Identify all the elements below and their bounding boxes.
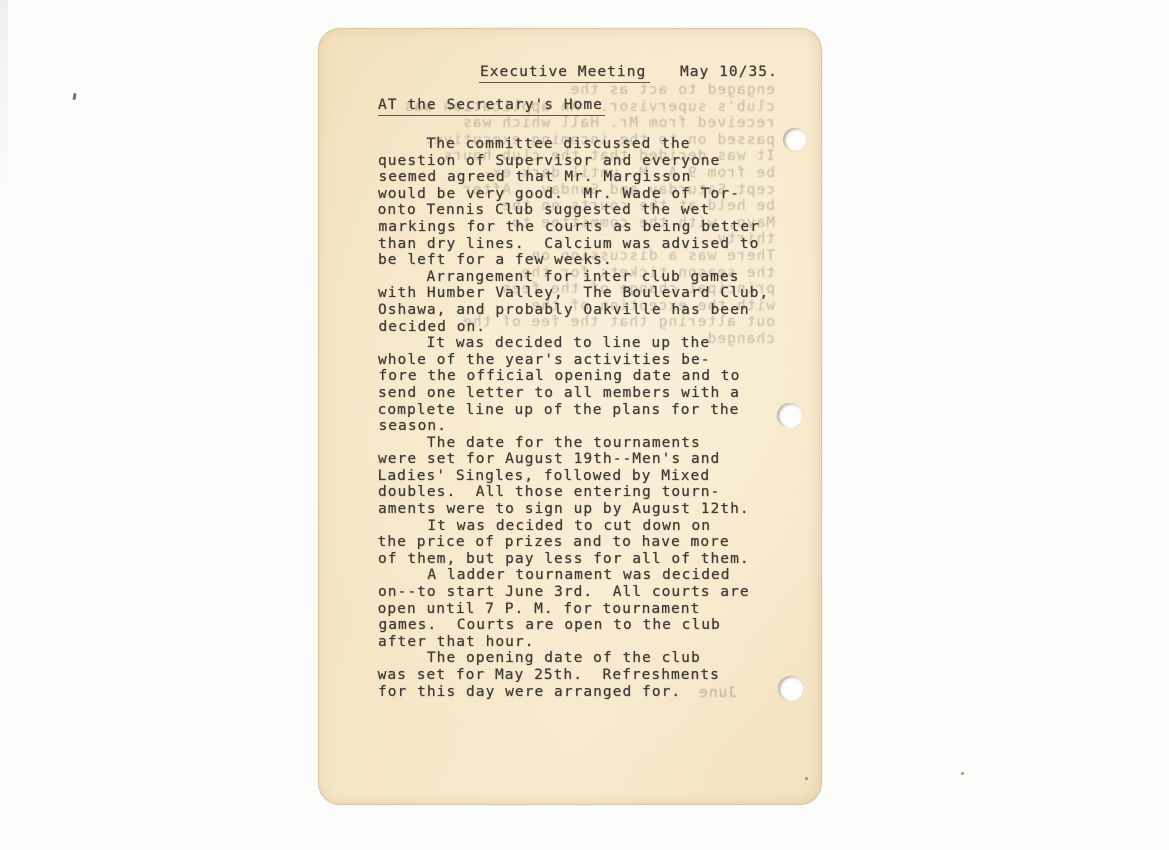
- body-line: The committee discussed the: [378, 136, 778, 153]
- body-line: whole of the year's activities be-: [378, 352, 778, 369]
- body-line: A ladder tournament was decided: [379, 567, 779, 584]
- body-line: fore the official opening date and to: [379, 368, 779, 385]
- meeting-title: Executive Meeting: [479, 64, 650, 83]
- body-line: season.: [379, 418, 779, 435]
- body-line: after that hour.: [378, 634, 778, 651]
- body-line: than dry lines. Calcium was advised to: [378, 236, 778, 253]
- body-line: was set for May 25th. Refreshments: [378, 667, 778, 684]
- paper-page: engaged to act as theclub's supervisor. …: [318, 28, 822, 805]
- body-line: seemed agreed that Mr. Margisson: [379, 169, 779, 186]
- punch-hole-middle: [777, 403, 802, 428]
- scanner-edge-shading: [0, 0, 8, 200]
- paper-speck: [961, 772, 964, 775]
- body-line: It was decided to cut down on: [379, 518, 779, 535]
- body-line: open until 7 P. M. for tournament: [378, 601, 778, 618]
- body-line: onto Tennis Club suggested the wet: [378, 202, 778, 219]
- meeting-location-heading: AT the Secretary's Home: [378, 97, 605, 116]
- body-line: the price of prizes and to have more: [378, 534, 778, 551]
- body-line: markings for the courts as being better: [379, 219, 779, 236]
- stray-ink-mark: [72, 93, 76, 100]
- body-line: decided on.: [379, 319, 779, 336]
- body-line: Ladies' Singles, followed by Mixed: [378, 468, 778, 485]
- punch-hole-bottom: [778, 676, 803, 701]
- body-line: aments were to sign up by August 12th.: [378, 501, 778, 518]
- body-line: of them, but pay less for all of them.: [378, 551, 778, 568]
- minutes-body: The committee discussed thequestion of S…: [378, 136, 778, 700]
- body-line: complete line up of the plans for the: [378, 402, 778, 419]
- body-line: with Humber Valley, The Boulevard Club,: [378, 285, 778, 302]
- body-line: would be very good. Mr. Wade of Tor-: [378, 186, 778, 203]
- body-line: be left for a few weeks.: [378, 252, 778, 269]
- body-line: games. Courts are open to the club: [379, 617, 779, 634]
- body-line: on--to start June 3rd. All courts are: [378, 584, 778, 601]
- body-line: It was decided to line up the: [378, 335, 778, 352]
- body-line: The date for the tournaments: [378, 435, 778, 452]
- body-line: send one letter to all members with a: [378, 385, 778, 402]
- punch-hole-top: [783, 128, 806, 151]
- scan-background: engaged to act as theclub's supervisor. …: [0, 0, 1169, 850]
- body-line: for this day were arranged for.: [378, 684, 778, 701]
- body-line: question of Supervisor and everyone: [378, 153, 778, 170]
- body-line: were set for August 19th--Men's and: [378, 451, 778, 468]
- paper-speck: [805, 777, 808, 780]
- body-line: doubles. All those entering tourn-: [378, 484, 778, 501]
- meeting-date: May 10/35.: [680, 64, 778, 81]
- body-line: Arrangement for inter club games: [378, 269, 778, 286]
- body-line: Oshawa, and probably Oakville has been: [378, 302, 778, 319]
- body-line: The opening date of the club: [378, 650, 778, 667]
- bleedthrough-line: received from Mr. Hall which was: [355, 115, 775, 132]
